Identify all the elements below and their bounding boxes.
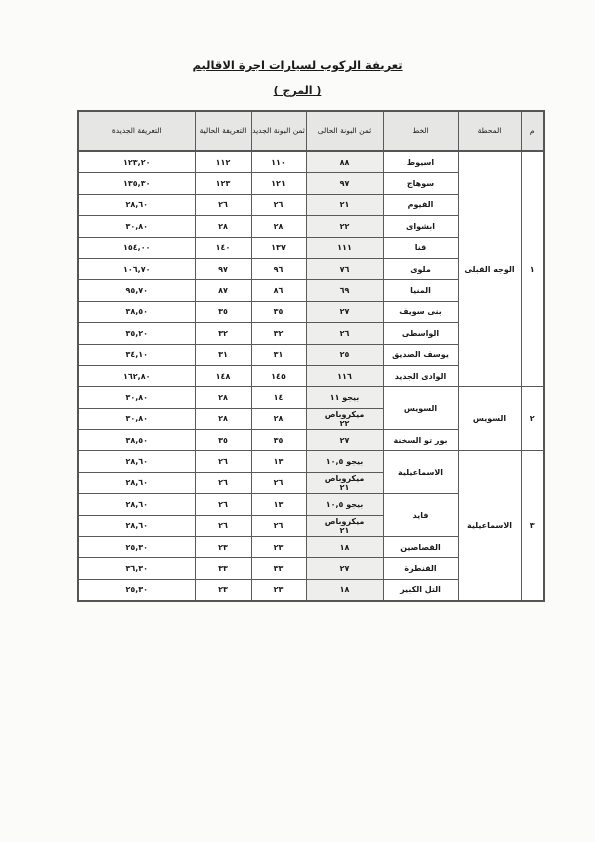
new-car-price: ٢٦ xyxy=(251,472,306,493)
current-fare: ٢٦ xyxy=(195,515,251,536)
current-fare: ٣٥ xyxy=(195,301,251,322)
current-car-price: ٩٧ xyxy=(306,173,383,194)
new-fare: ١٦٢,٨٠ xyxy=(78,365,195,386)
route-name: بور تو السخنة xyxy=(383,430,458,451)
new-fare: ٢٨,٦٠ xyxy=(78,472,195,493)
route-name: القصاصين xyxy=(383,537,458,558)
current-fare: ٢٨ xyxy=(195,408,251,429)
new-fare: ٣٤,١٠ xyxy=(78,344,195,365)
current-car-price: ٢٧ xyxy=(306,301,383,322)
header-station: المحطة xyxy=(458,111,521,151)
header-current-car-price: ثمن البونة الحالى xyxy=(306,111,383,151)
table-row: ٣ الاسماعيلية الاسماعيلية بيجو ١٠,٥ ١٣ ٢… xyxy=(78,451,544,472)
current-car-price: ٢١ xyxy=(306,194,383,215)
new-fare: ٢٥,٣٠ xyxy=(78,537,195,558)
new-car-price: ١٣ xyxy=(251,451,306,472)
new-fare: ١٣٥,٣٠ xyxy=(78,173,195,194)
route-name: ابشواى xyxy=(383,216,458,237)
document-subtitle: ( المرج ) xyxy=(0,84,595,97)
route-name: الواسطى xyxy=(383,323,458,344)
fare-table: م المحطة الخط ثمن البونة الحالى ثمن البو… xyxy=(77,110,545,602)
route-name: المنيا xyxy=(383,280,458,301)
group-index: ٣ xyxy=(521,451,544,601)
new-car-price: ١٤ xyxy=(251,387,306,408)
new-fare: ٣٨,٥٠ xyxy=(78,301,195,322)
new-car-price: ٢٣ xyxy=(251,537,306,558)
new-fare: ٣٥,٢٠ xyxy=(78,323,195,344)
new-car-price: ٣٥ xyxy=(251,301,306,322)
current-fare: ٣٥ xyxy=(195,430,251,451)
current-car-price: ١٨ xyxy=(306,537,383,558)
new-car-price: ٣٣ xyxy=(251,558,306,579)
new-car-price: ٢٨ xyxy=(251,408,306,429)
new-car-price: ٢٦ xyxy=(251,194,306,215)
current-car-price: ميكروباص ٢١ xyxy=(306,472,383,493)
header-new-car-price: ثمن البونة الجديد xyxy=(251,111,306,151)
current-fare: ١٤٨ xyxy=(195,365,251,386)
group-index: ١ xyxy=(521,151,544,387)
new-fare: ٢٨,٦٠ xyxy=(78,451,195,472)
new-fare: ١٢٣,٢٠ xyxy=(78,151,195,173)
current-car-price: بيجو ١٠,٥ xyxy=(306,494,383,515)
current-car-price: ١١١ xyxy=(306,237,383,258)
current-fare: ٣٣ xyxy=(195,558,251,579)
current-car-price: ٢٧ xyxy=(306,430,383,451)
current-fare: ٩٧ xyxy=(195,258,251,279)
route-name: القنطرة xyxy=(383,558,458,579)
route-name: السويس xyxy=(383,387,458,430)
new-fare: ٣٠,٨٠ xyxy=(78,387,195,408)
document-title: تعريفة الركوب لسيارات اجرة الاقاليم xyxy=(0,58,595,72)
new-fare: ٣٦,٣٠ xyxy=(78,558,195,579)
current-fare: ٢٦ xyxy=(195,451,251,472)
current-car-price: ٦٩ xyxy=(306,280,383,301)
current-fare: ١١٢ xyxy=(195,151,251,173)
current-fare: ٣٢ xyxy=(195,323,251,344)
new-car-price: ٣٥ xyxy=(251,430,306,451)
new-car-price: ١١٠ xyxy=(251,151,306,173)
new-car-price: ٢٣ xyxy=(251,579,306,601)
new-fare: ٣٨,٥٠ xyxy=(78,430,195,451)
header-new-fare: التعريفة الجديدة xyxy=(78,111,195,151)
current-car-price: ٢٥ xyxy=(306,344,383,365)
new-car-price: ٣١ xyxy=(251,344,306,365)
group-index: ٢ xyxy=(521,387,544,451)
header-row: م المحطة الخط ثمن البونة الحالى ثمن البو… xyxy=(78,111,544,151)
group-station: الوجه القبلى xyxy=(458,151,521,387)
current-car-price: ٨٨ xyxy=(306,151,383,173)
new-fare: ٣٠,٨٠ xyxy=(78,408,195,429)
route-name: الاسماعيلية xyxy=(383,451,458,494)
current-car-price: ١٨ xyxy=(306,579,383,601)
subtitle-text: ( المرج ) xyxy=(274,84,322,97)
group-station: الاسماعيلية xyxy=(458,451,521,601)
current-fare: ٢٣ xyxy=(195,579,251,601)
new-car-price: ١٢١ xyxy=(251,173,306,194)
new-fare: ٢٨,٦٠ xyxy=(78,194,195,215)
new-car-price: ٩٦ xyxy=(251,258,306,279)
current-car-price: ٢٧ xyxy=(306,558,383,579)
current-car-price: ٧٦ xyxy=(306,258,383,279)
current-fare: ٢٦ xyxy=(195,494,251,515)
route-name: ملوى xyxy=(383,258,458,279)
route-name: فايد xyxy=(383,494,458,537)
current-car-price: ميكروباص ٢١ xyxy=(306,515,383,536)
route-name: التل الكبير xyxy=(383,579,458,601)
new-fare: ٢٨,٦٠ xyxy=(78,494,195,515)
new-fare: ٢٥,٣٠ xyxy=(78,579,195,601)
current-fare: ١٢٣ xyxy=(195,173,251,194)
current-fare: ٢٦ xyxy=(195,194,251,215)
header-current-fare: التعريفة الحالية xyxy=(195,111,251,151)
current-fare: ٨٧ xyxy=(195,280,251,301)
current-fare: ١٤٠ xyxy=(195,237,251,258)
table-row: ٢ السويس السويس بيجو ١١ ١٤ ٢٨ ٣٠,٨٠ xyxy=(78,387,544,408)
current-fare: ٣١ xyxy=(195,344,251,365)
header-idx: م xyxy=(521,111,544,151)
current-fare: ٢٨ xyxy=(195,387,251,408)
new-fare: ٢٨,٦٠ xyxy=(78,515,195,536)
current-car-price: بيجو ١٠,٥ xyxy=(306,451,383,472)
route-name: سوهاج xyxy=(383,173,458,194)
current-car-price: بيجو ١١ xyxy=(306,387,383,408)
route-name: الوادى الجديد xyxy=(383,365,458,386)
current-car-price: ٢٦ xyxy=(306,323,383,344)
new-fare: ٣٠,٨٠ xyxy=(78,216,195,237)
current-fare: ٢٦ xyxy=(195,472,251,493)
new-fare: ٩٥,٧٠ xyxy=(78,280,195,301)
new-car-price: ١٣٧ xyxy=(251,237,306,258)
new-car-price: ١٤٥ xyxy=(251,365,306,386)
current-fare: ٢٣ xyxy=(195,537,251,558)
current-fare: ٢٨ xyxy=(195,216,251,237)
new-fare: ١٠٦,٧٠ xyxy=(78,258,195,279)
group-station: السويس xyxy=(458,387,521,451)
route-name: الفيوم xyxy=(383,194,458,215)
table-row: ١ الوجه القبلى اسيوط ٨٨ ١١٠ ١١٢ ١٢٣,٢٠ xyxy=(78,151,544,173)
new-car-price: ١٣ xyxy=(251,494,306,515)
route-name: يوسف الصديق xyxy=(383,344,458,365)
current-car-price: ميكروباص ٢٢ xyxy=(306,408,383,429)
current-car-price: ٢٢ xyxy=(306,216,383,237)
header-route: الخط xyxy=(383,111,458,151)
route-name: قنا xyxy=(383,237,458,258)
current-car-price: ١١٦ xyxy=(306,365,383,386)
route-name: اسيوط xyxy=(383,151,458,173)
new-car-price: ٢٨ xyxy=(251,216,306,237)
route-name: بنى سويف xyxy=(383,301,458,322)
new-car-price: ٢٦ xyxy=(251,515,306,536)
new-car-price: ٨٦ xyxy=(251,280,306,301)
new-fare: ١٥٤,٠٠ xyxy=(78,237,195,258)
new-car-price: ٣٢ xyxy=(251,323,306,344)
title-text: تعريفة الركوب لسيارات اجرة الاقاليم xyxy=(192,58,402,72)
